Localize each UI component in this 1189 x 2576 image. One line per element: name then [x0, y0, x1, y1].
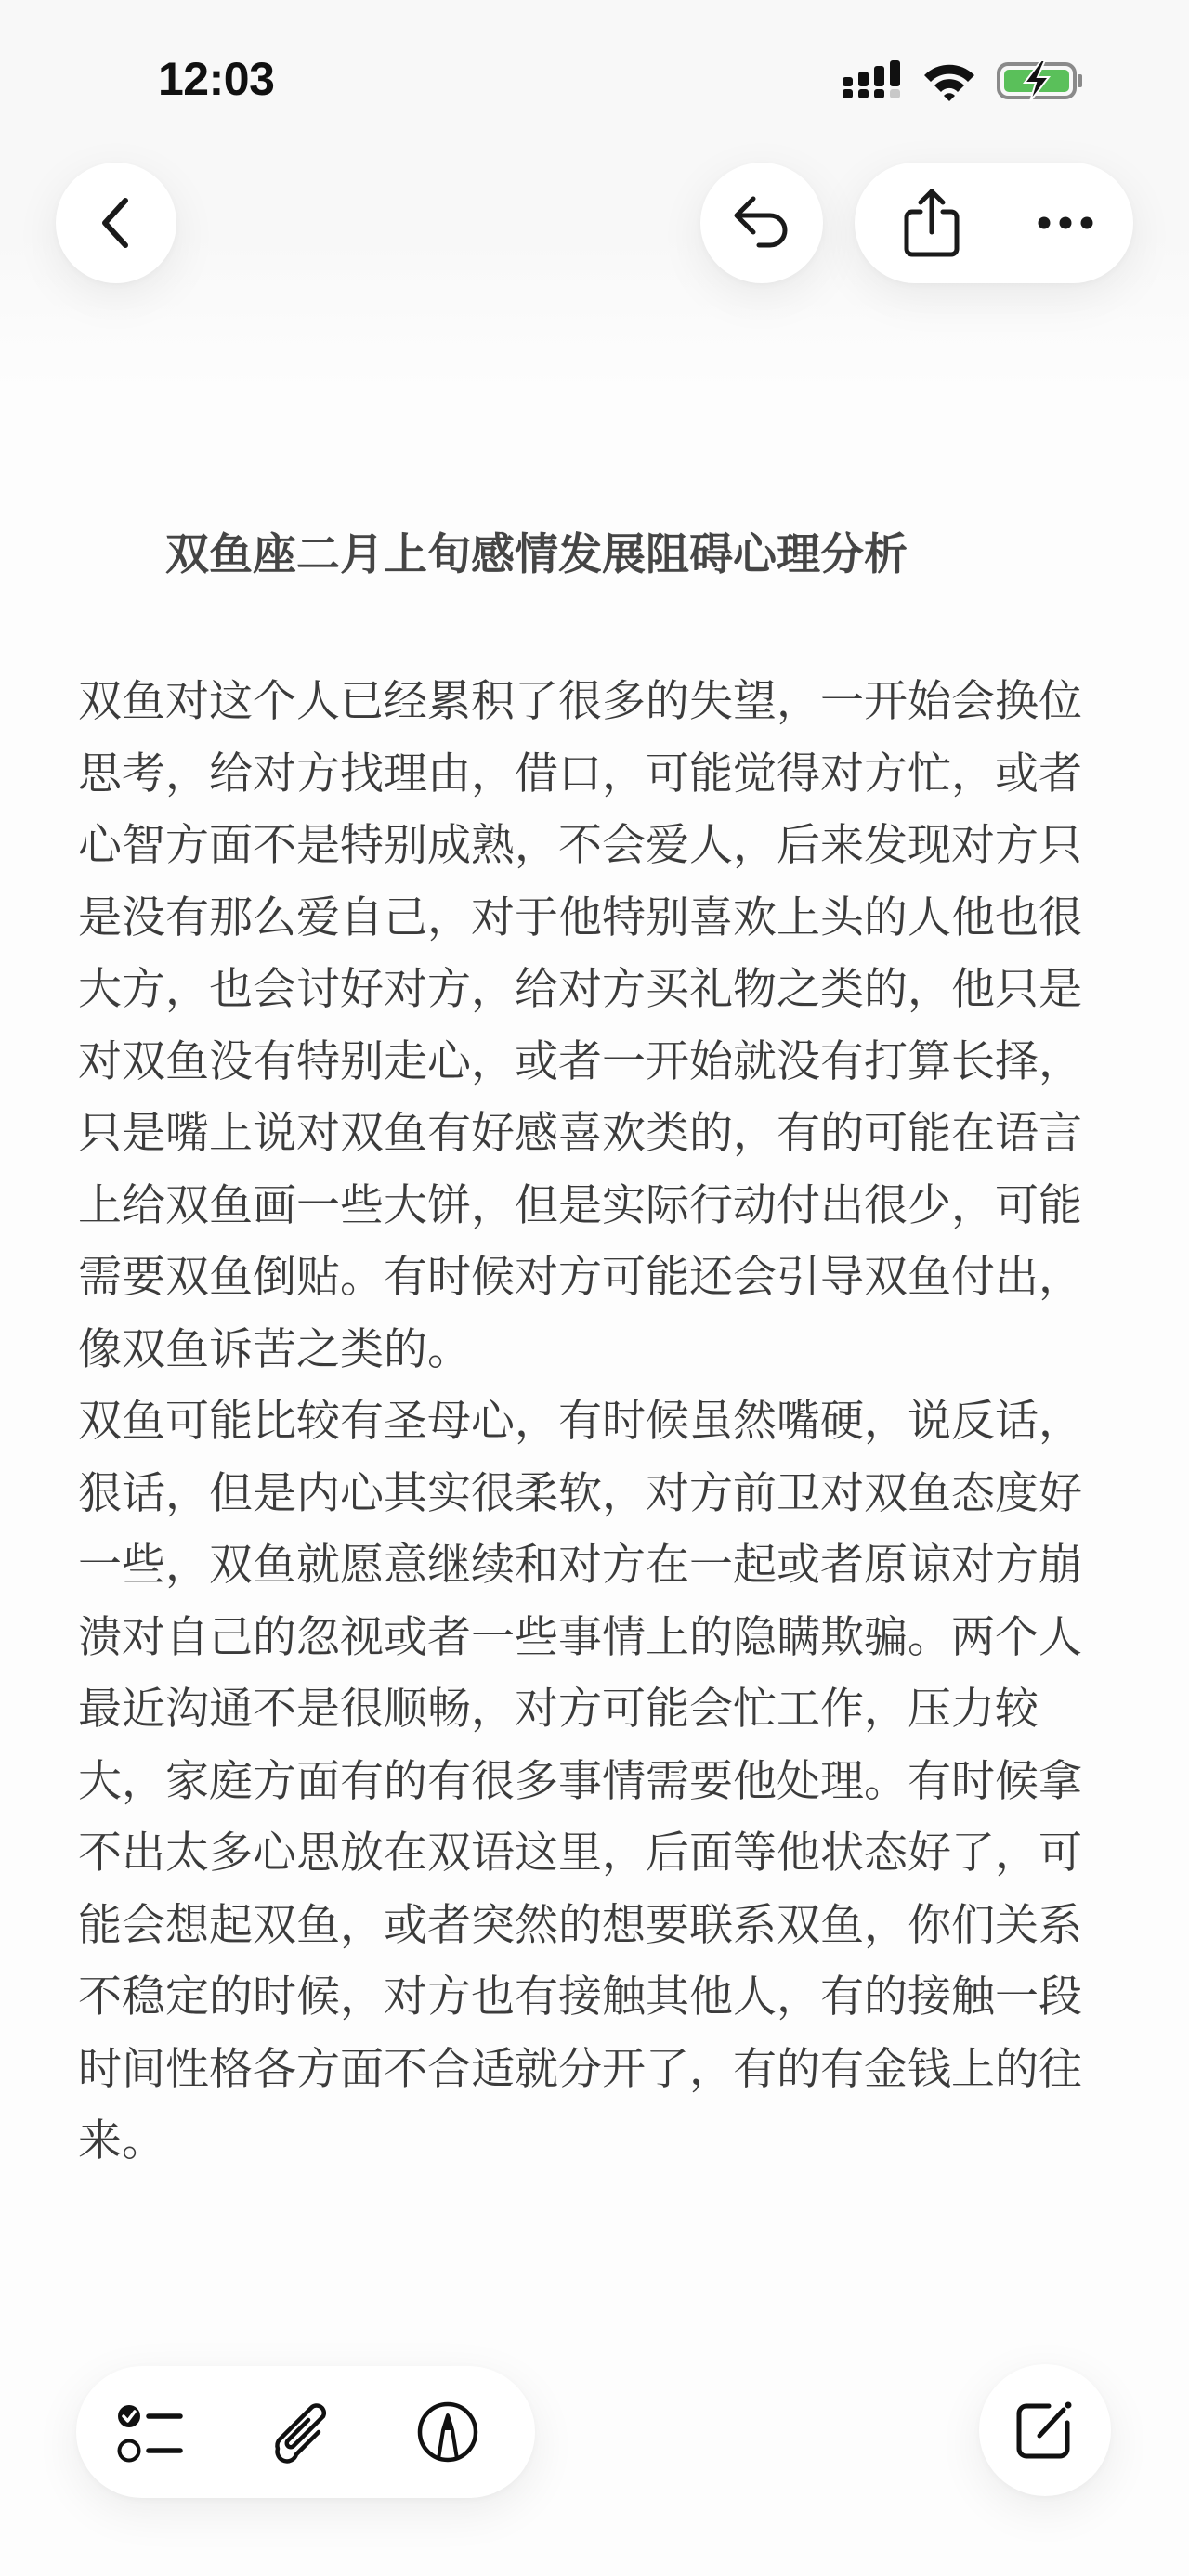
back-button[interactable]: [56, 163, 176, 283]
compose-button[interactable]: [979, 2364, 1111, 2496]
share-icon: [903, 188, 960, 258]
checklist-icon: [117, 2401, 184, 2463]
chevron-left-icon: [98, 195, 135, 251]
note-title[interactable]: 双鱼座二月上旬感情发展阻碍心理分析: [78, 527, 1118, 583]
status-icons: [841, 58, 1086, 104]
compose-icon: [1015, 2400, 1075, 2460]
share-more-group: [855, 163, 1133, 283]
note-body[interactable]: 双鱼对这个人已经累积了很多的失望，一开始会换位思考，给对方找理由，借口，可能觉得…: [78, 666, 1114, 2178]
wifi-icon: [922, 60, 976, 101]
pen-markup-icon: [416, 2400, 479, 2464]
status-time: 12:03: [158, 52, 274, 106]
status-bar: 12:03: [0, 0, 1189, 139]
paperclip-icon: [270, 2399, 330, 2465]
attachment-button[interactable]: [270, 2399, 330, 2465]
more-horizontal-icon: [1037, 215, 1094, 230]
share-button[interactable]: [903, 188, 960, 258]
note-paragraph: 双鱼对这个人已经累积了很多的失望，一开始会换位思考，给对方找理由，借口，可能觉得…: [78, 666, 1114, 1386]
note-paragraph: 双鱼可能比较有圣母心，有时候虽然嘴硬，说反话，狠话，但是内心其实很柔软，对方前卫…: [78, 1386, 1114, 2178]
undo-button[interactable]: [700, 163, 823, 283]
bottom-toolbar: [76, 2366, 535, 2498]
undo-icon: [731, 193, 792, 253]
cellular-signal-icon: [841, 60, 902, 101]
checklist-button[interactable]: [117, 2401, 184, 2463]
markup-button[interactable]: [416, 2400, 479, 2464]
more-button[interactable]: [1037, 215, 1094, 230]
battery-charging-icon: [997, 60, 1086, 101]
